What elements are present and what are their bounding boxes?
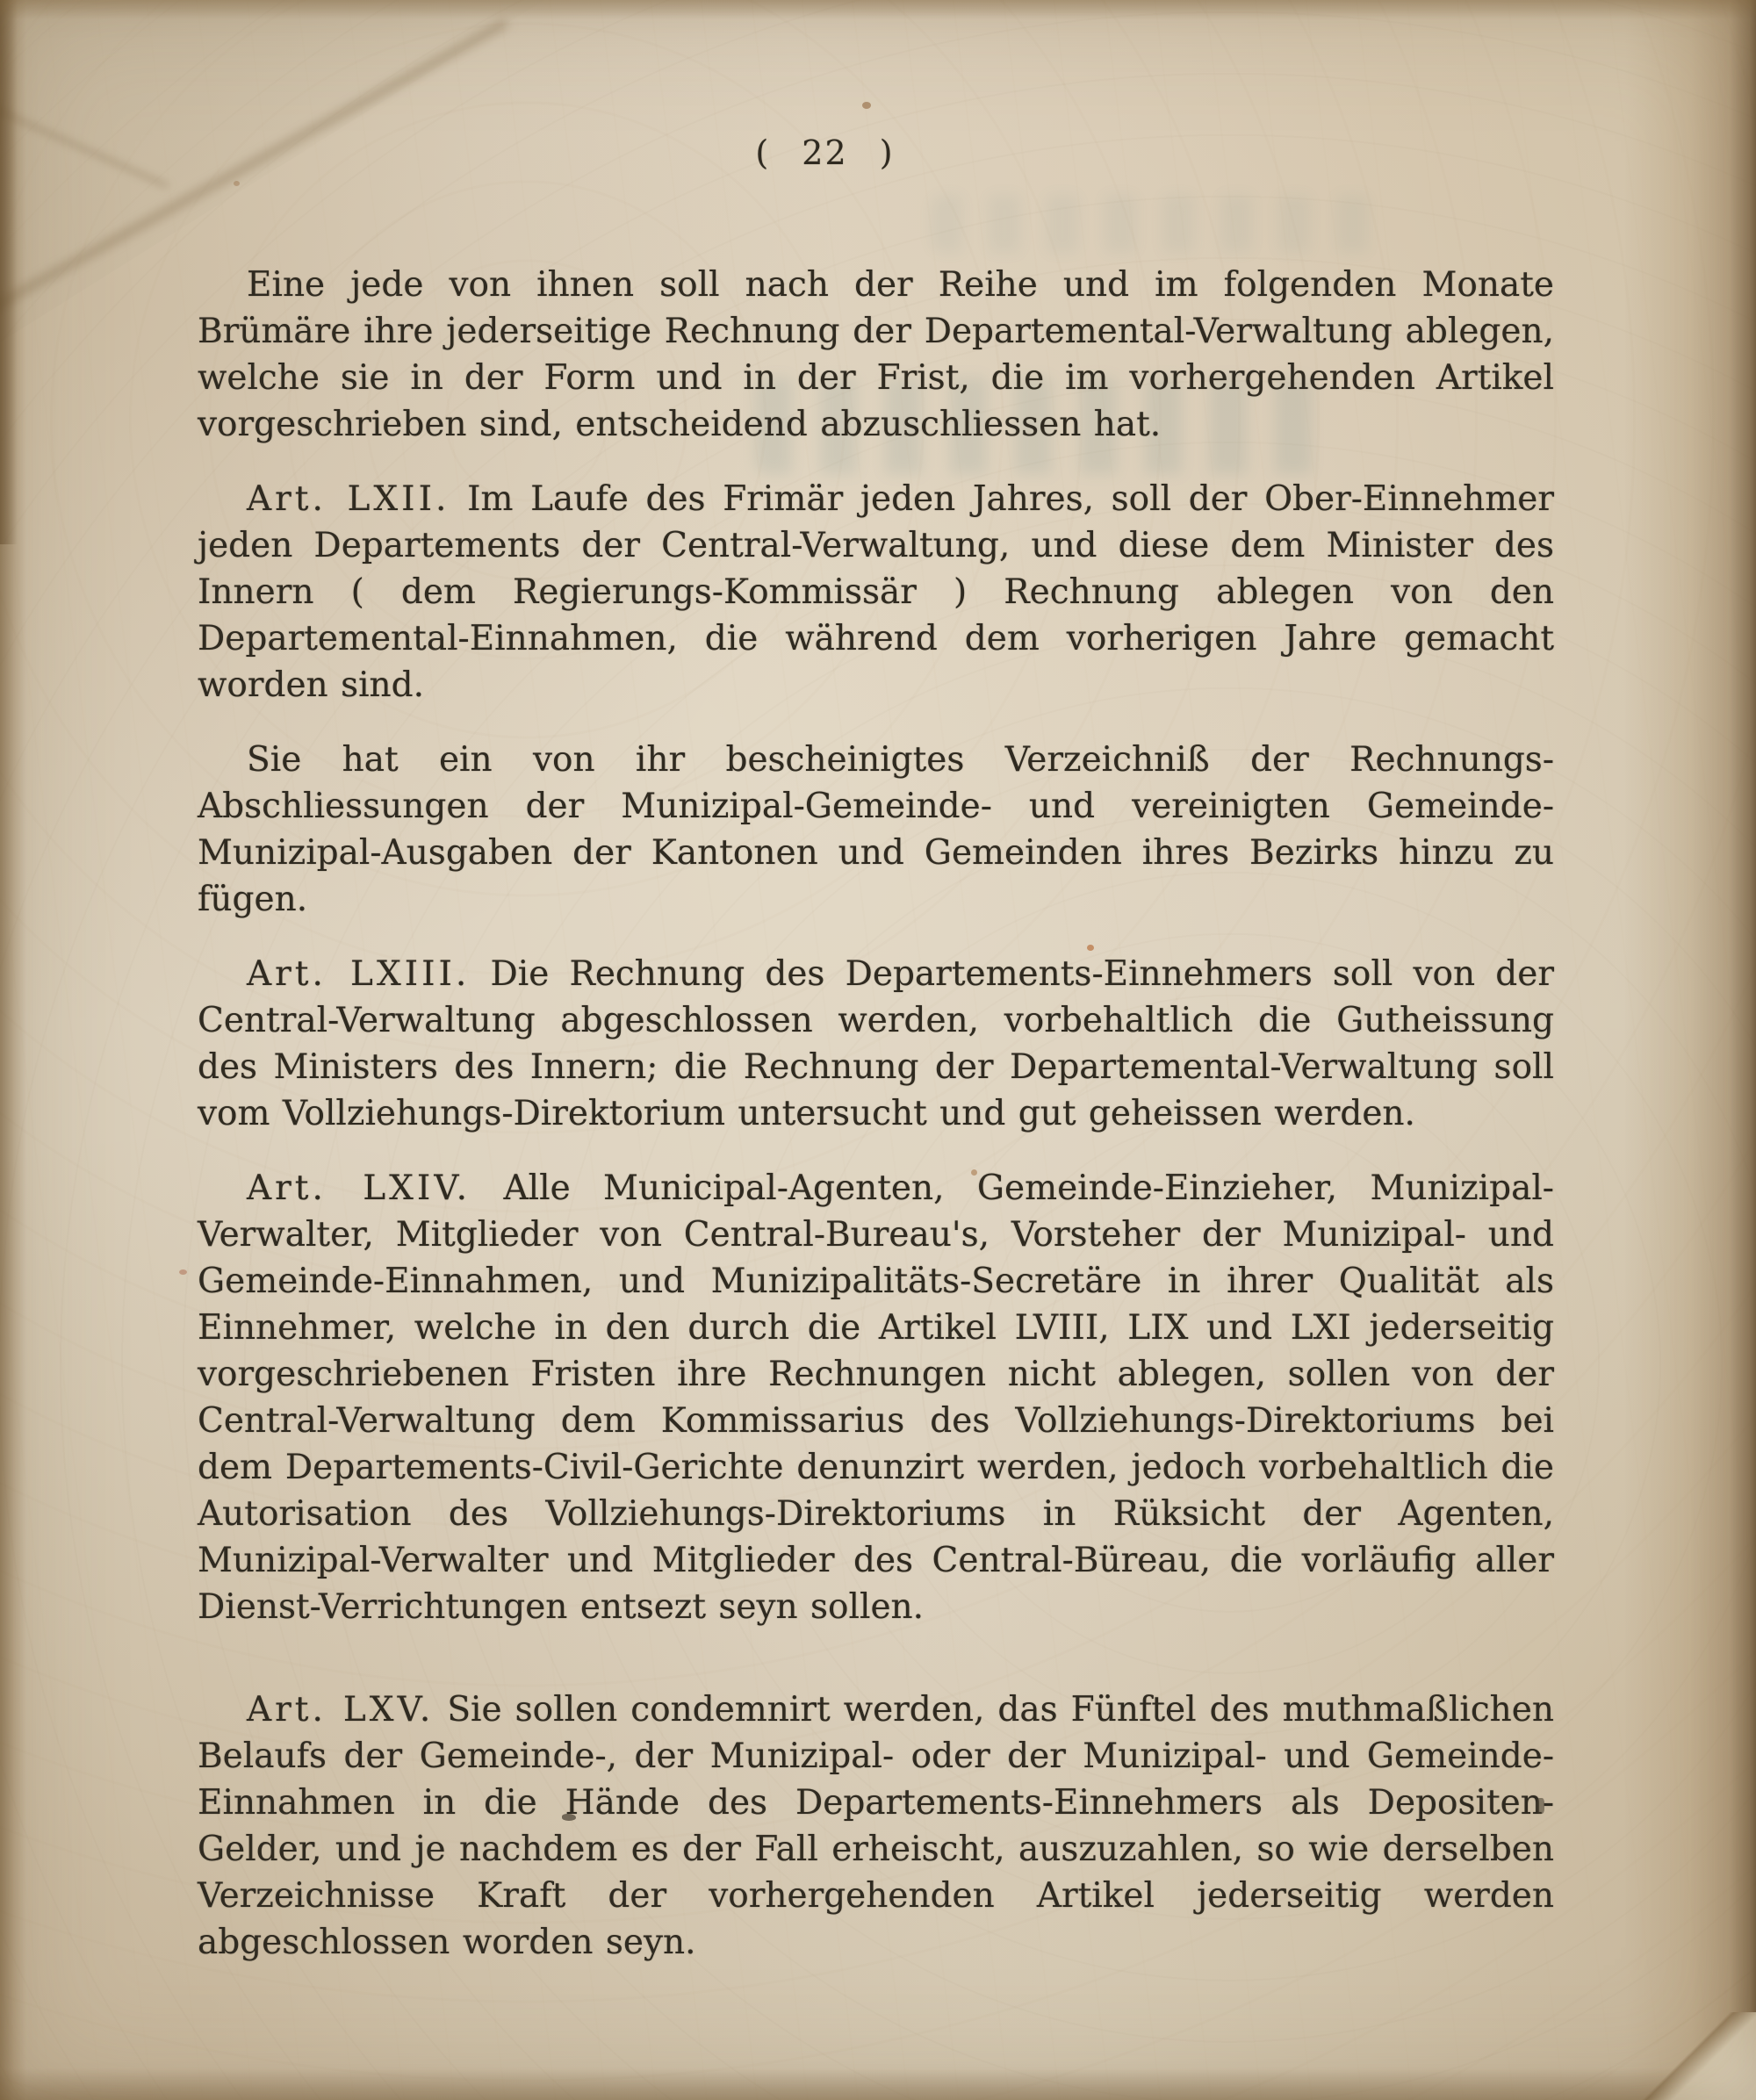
paper-vignette bbox=[0, 0, 1756, 2100]
